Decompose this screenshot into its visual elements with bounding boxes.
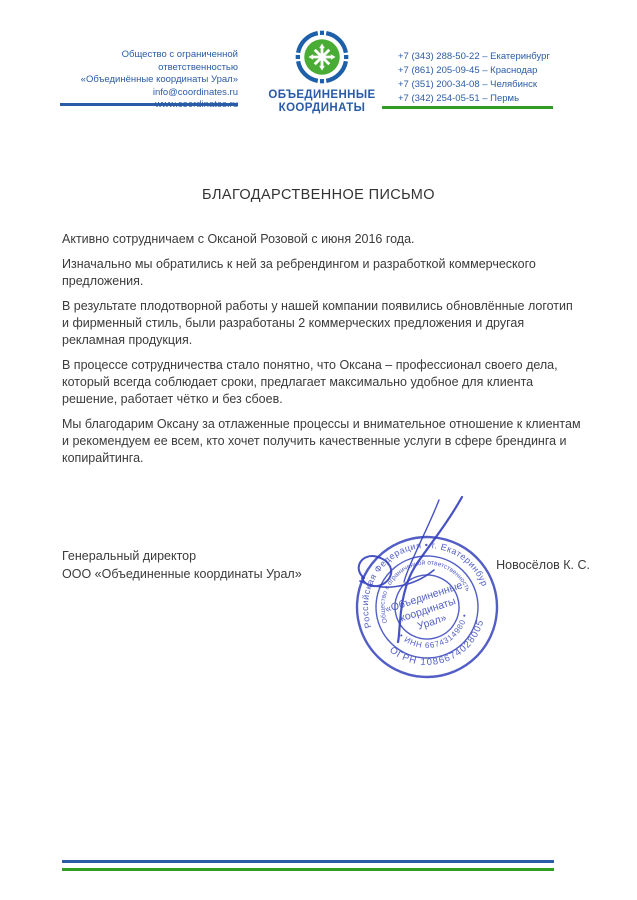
company-email: info@coordinates.ru — [60, 87, 238, 100]
logo-wordmark-line1: ОБЪЕДИНЕННЫЕ — [232, 89, 412, 102]
paragraph: Активно сотрудничаем с Оксаной Розовой с… — [62, 231, 583, 248]
paragraph: В процессе сотрудничества стало понятно,… — [62, 357, 583, 408]
header-divider-blue — [60, 103, 238, 106]
paragraph: Мы благодарим Оксану за отлаженные проце… — [62, 416, 583, 467]
header-divider-green — [382, 106, 553, 109]
paragraph: В результате плодотворной работы у нашей… — [62, 298, 583, 349]
company-form-line: Общество с ограниченной ответственностью — [60, 49, 238, 74]
letter-title: БЛАГОДАРСТВЕННОЕ ПИСЬМО — [0, 187, 637, 203]
letter-page: Общество с ограниченной ответственностью… — [0, 0, 637, 900]
phone-chelyabinsk: +7 (351) 200-34-08 – Челябинск — [398, 78, 598, 92]
footer-divider-green — [62, 868, 554, 871]
company-name-line: «Объединённые координаты Урал» — [60, 74, 238, 87]
logo-wordmark: ОБЪЕДИНЕННЫЕ КООРДИНАТЫ — [232, 89, 412, 115]
paragraph: Изначально мы обратились к ней за ребрен… — [62, 256, 583, 290]
footer-divider-blue — [62, 860, 554, 863]
phone-perm: +7 (342) 254-05-51 – Пермь — [398, 92, 598, 106]
letter-body: Активно сотрудничаем с Оксаной Розовой с… — [62, 231, 583, 475]
company-logo — [294, 29, 350, 85]
contact-phones: +7 (343) 288-50-22 – Екатеринбург +7 (86… — [398, 50, 598, 106]
company-seal: Российская Федерация • г. Екатеринбург О… — [320, 470, 550, 690]
phone-krasnodar: +7 (861) 205-09-45 – Краснодар — [398, 64, 598, 78]
compass-asterisk-icon — [294, 29, 350, 85]
phone-ekaterinburg: +7 (343) 288-50-22 – Екатеринбург — [398, 50, 598, 64]
seal-and-signature-icon: Российская Федерация • г. Екатеринбург О… — [320, 470, 550, 690]
